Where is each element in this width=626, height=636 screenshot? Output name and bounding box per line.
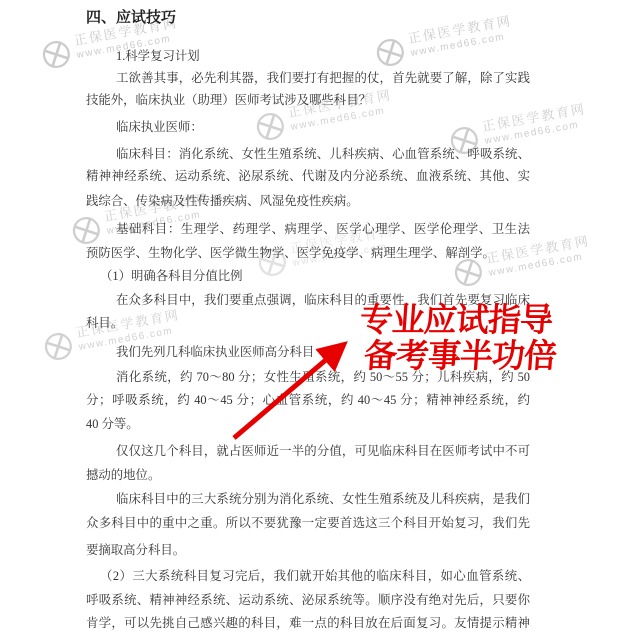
doc-line: 践综合、传染病及性传播疾病、风湿免疫性疾病。 (86, 193, 359, 209)
doc-line: 技能外，临床执业（助理）医师考试涉及哪些科目？ (86, 92, 371, 108)
document-page: 正保医学教育网www.med66.com正保医学教育网www.med66.com… (0, 0, 626, 636)
doc-line: 临床执业医师： (116, 119, 203, 135)
doc-line: 基础科目：生理学、药理学、病理学、医学心理学、医学伦理学、卫生法规、 (116, 221, 530, 238)
doc-line: 精神神经系统、运动系统、泌尿系统、代谢及内分泌系统、血液系统、其他、实 (86, 168, 530, 185)
doc-line: 40 分等。 (86, 416, 139, 432)
doc-line: 1.科学复习计划 (116, 48, 200, 64)
promo-text-line1: 专业应试指导 (359, 303, 553, 337)
doc-line: 要摘取高分科目。 (86, 542, 185, 558)
doc-line: 肯学，可以先挑自己感兴趣的科目，难一点的科目放在后面复习。友情提示精神 (86, 615, 530, 632)
doc-line: 分；呼吸系统，约 40～45 分；心血管系统，约 40～45 分；精神神经系统，… (86, 392, 530, 409)
doc-line: 科目。 (86, 315, 123, 331)
doc-line: 临床科目中的三大系统分别为消化系统、女性生殖系统及儿科疾病，是我们 (116, 491, 530, 508)
doc-line: 我们先列几科临床执业医师高分科目 (116, 344, 314, 360)
doc-line: （2）三大系统科目复习完后，我们就开始其他的临床科目，如心血管系统、 (100, 568, 530, 585)
doc-line: 呼吸系统、精神神经系统、运动系统、泌尿系统等。顺序没有绝对先后，只要你 (86, 592, 530, 609)
promo-text-line2: 备考事半功倍 (363, 339, 557, 373)
doc-line: 预防医学、生物化学、医学微生物学、医学免疫学、病理生理学、解剖学。 (86, 245, 495, 261)
doc-heading: 四、应试技巧 (86, 10, 176, 26)
doc-line: 工欲善其事，必先利其器，我们要打有把握的仗，首先就要了解，除了实践 (116, 70, 530, 87)
doc-line: 仅仅这几个科目，就占医师近一半的分值，可见临床科目在医师考试中不可 (116, 443, 530, 460)
doc-line: 撼动的地位。 (86, 467, 160, 483)
doc-line: 众多科目中的重中之重。所以不要犹豫一定要首选这三个科目开始复习，我们先 (86, 515, 530, 532)
doc-line: （1）明确各科目分值比例 (100, 268, 243, 284)
doc-line: 临床科目：消化系统、女性生殖系统、儿科疾病、心血管系统、呼吸系统、 (116, 146, 530, 163)
